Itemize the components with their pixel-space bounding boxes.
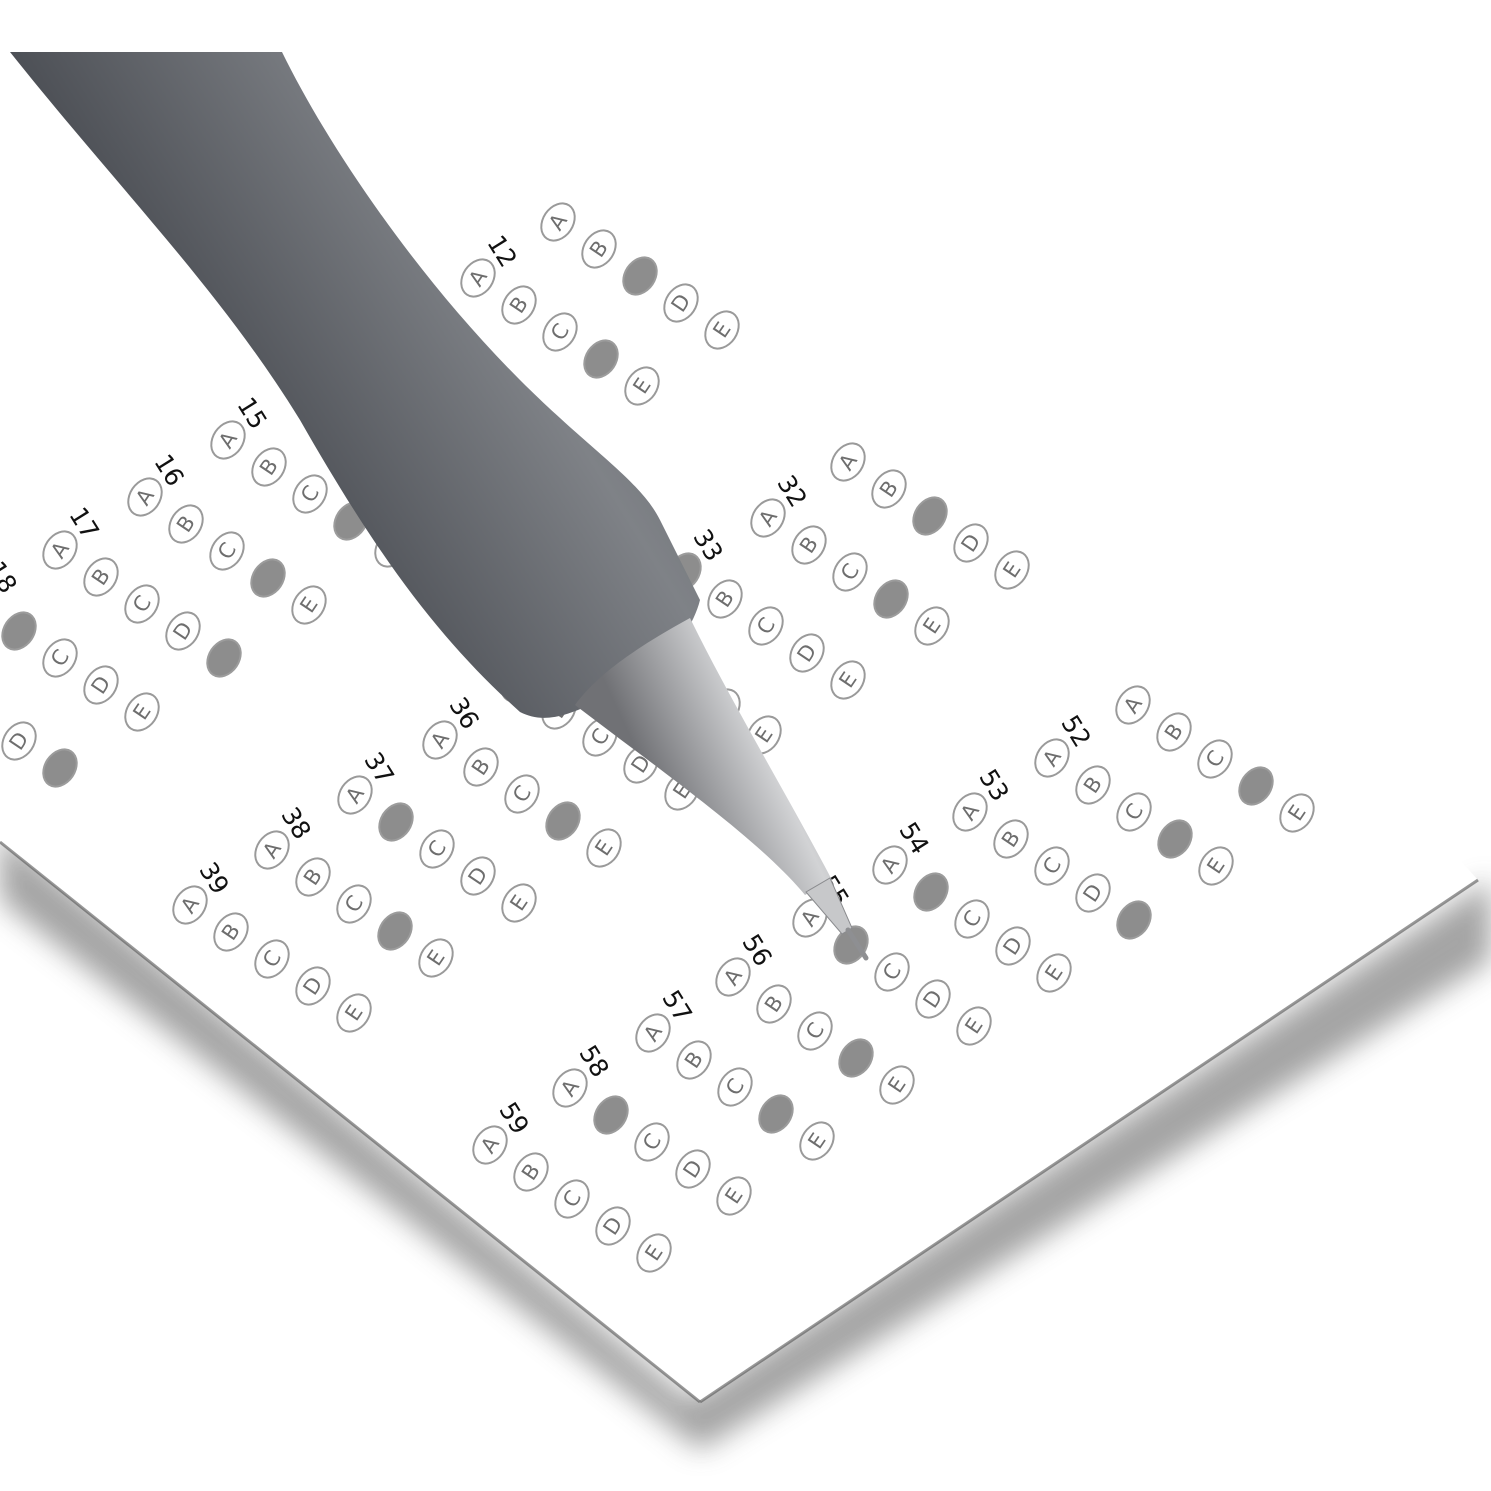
product-photo-scene: ABCDE12ABCDE15ABCDE16ABCDE17ABCDE18ABCDE… bbox=[0, 0, 1491, 1491]
answer-sheet bbox=[0, 0, 1491, 1491]
